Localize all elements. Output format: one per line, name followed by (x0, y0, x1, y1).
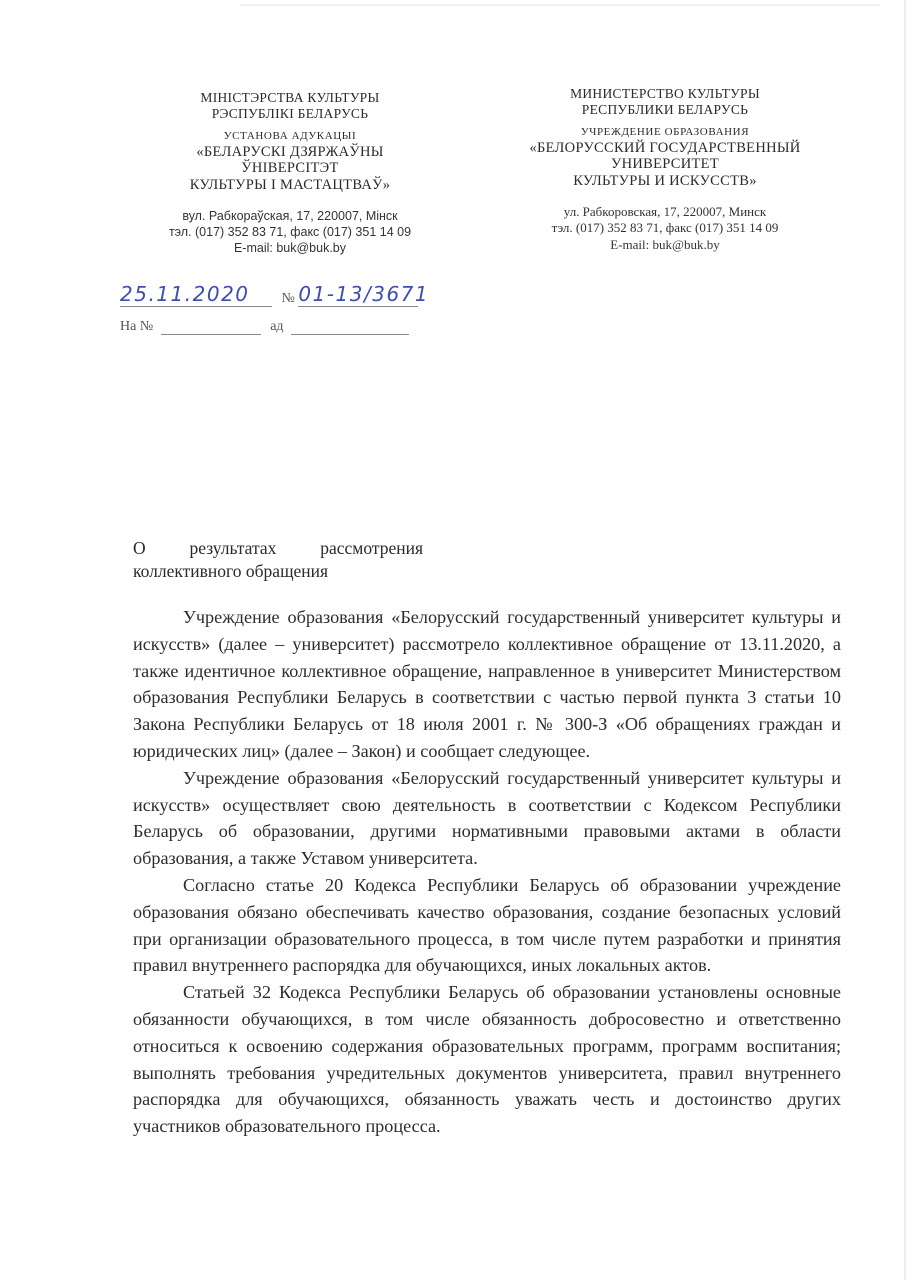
reply-reference-line: На № ад (120, 319, 409, 335)
address: вул. Рабкораўская, 17, 220007, Мінск (140, 208, 440, 224)
phone-fax: тэл. (017) 352 83 71, факс (017) 351 14 … (140, 224, 440, 240)
handwritten-number: 01-13/3671 (298, 282, 429, 306)
reply-to-blank (161, 334, 261, 335)
email: E-mail: buk@buk.by (140, 240, 440, 256)
institution-type: УЧРЕЖДЕНИЕ ОБРАЗОВАНИЯ (500, 126, 830, 139)
letterhead-russian: МИНИСТЕРСТВО КУЛЬТУРЫ РЕСПУБЛИКИ БЕЛАРУС… (500, 86, 830, 254)
ministry-name-line2: РЕСПУБЛИКИ БЕЛАРУСЬ (500, 102, 830, 118)
from-blank (291, 334, 409, 335)
subject-line1: О результатах рассмотрения (133, 537, 423, 560)
email: E-mail: buk@buk.by (500, 237, 830, 254)
subject-line2: коллективного обращения (133, 560, 423, 583)
scan-artifact-line (240, 4, 880, 6)
body-paragraph-4: Статьей 32 Кодекса Республики Беларусь о… (133, 979, 841, 1140)
ministry-name-line2: РЭСПУБЛІКІ БЕЛАРУСЬ (140, 106, 440, 122)
institution-name-line3: КУЛЬТУРЫ И ИСКУССТВ» (500, 173, 830, 190)
institution-name-line2: ЎНІВЕРСІТЭТ (140, 160, 440, 177)
page-edge (904, 0, 906, 1280)
contact-block: вул. Рабкораўская, 17, 220007, Мінск тэл… (140, 208, 440, 257)
body-paragraph-1: Учреждение образования «Белорусский госу… (133, 604, 841, 765)
institution-name-line1: «БЕЛОРУССКИЙ ГОСУДАРСТВЕННЫЙ (500, 140, 830, 157)
institution-type: УСТАНОВА АДУКАЦЫІ (140, 130, 440, 143)
subject-heading: О результатах рассмотрения коллективного… (133, 537, 423, 583)
from-label: ад (270, 319, 283, 334)
handwritten-date: 25.11.2020 (120, 282, 250, 306)
address: ул. Рабкоровская, 17, 220007, Минск (500, 204, 830, 221)
institution-name-line3: КУЛЬТУРЫ І МАСТАЦТВАЎ» (140, 177, 440, 194)
reply-to-label: На № (120, 319, 153, 334)
letterhead-belarusian: МІНІСТЭРСТВА КУЛЬТУРЫ РЭСПУБЛІКІ БЕЛАРУС… (140, 90, 440, 256)
body-paragraph-3: Согласно статье 20 Кодекса Республики Бе… (133, 872, 841, 979)
body-paragraph-2: Учреждение образования «Белорусский госу… (133, 765, 841, 872)
contact-block: ул. Рабкоровская, 17, 220007, Минск тэл.… (500, 204, 830, 255)
subject-word: результатах (189, 537, 276, 560)
phone-fax: тэл. (017) 352 83 71, факс (017) 351 14 … (500, 220, 830, 237)
ministry-name-line1: МИНИСТЕРСТВО КУЛЬТУРЫ (500, 86, 830, 102)
number-label: № (282, 291, 295, 306)
date-field: 25.11.2020 (120, 282, 272, 307)
ministry-name-line1: МІНІСТЭРСТВА КУЛЬТУРЫ (140, 90, 440, 106)
subject-word: рассмотрения (320, 537, 423, 560)
letter-body: Учреждение образования «Белорусский госу… (133, 604, 841, 1140)
number-field: 01-13/3671 (298, 282, 418, 307)
institution-name-line1: «БЕЛАРУСКІ ДЗЯРЖАЎНЫ (140, 144, 440, 161)
registration-line: 25.11.2020 № 01-13/3671 (120, 282, 418, 307)
institution-name-line2: УНИВЕРСИТЕТ (500, 156, 830, 173)
subject-word: О (133, 537, 146, 560)
